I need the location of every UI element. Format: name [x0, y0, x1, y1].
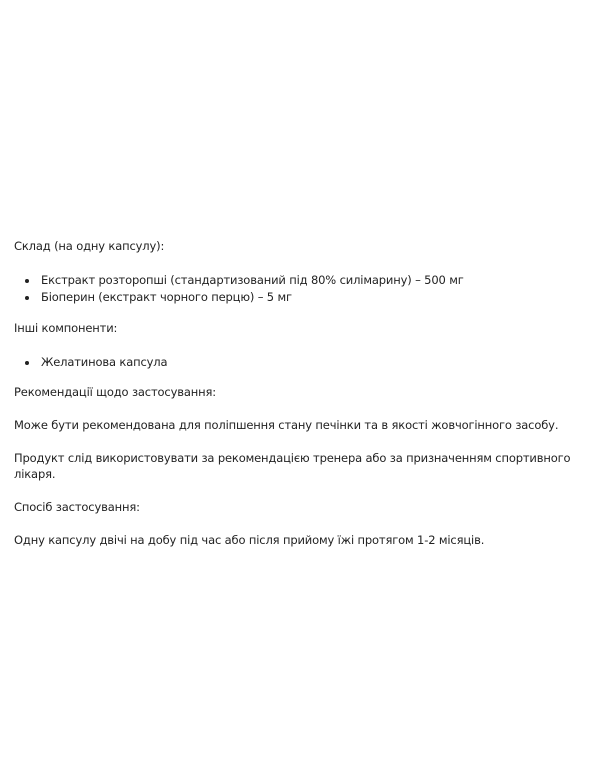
usage-heading: Спосіб застосування:	[14, 499, 589, 515]
recommendations-paragraph: Продукт слід використовувати за рекоменд…	[14, 450, 589, 482]
product-description: Склад (на одну капсулу): Екстракт розтор…	[14, 238, 589, 548]
composition-list: Екстракт розторопші (стандартизований пі…	[14, 272, 589, 306]
recommendations-paragraph: Може бути рекомендована для поліпшення с…	[14, 417, 589, 433]
list-item: Екстракт розторопші (стандартизований пі…	[14, 272, 589, 289]
other-components-list: Желатинова капсула	[14, 354, 589, 371]
list-item: Біоперин (екстракт чорного перцю) – 5 мг	[14, 289, 589, 306]
list-item: Желатинова капсула	[14, 354, 589, 371]
other-components-heading: Інші компоненти:	[14, 320, 589, 336]
usage-text: Одну капсулу двічі на добу під час або п…	[14, 532, 589, 548]
recommendations-heading: Рекомендації щодо застосування:	[14, 384, 589, 400]
composition-heading: Склад (на одну капсулу):	[14, 238, 589, 254]
